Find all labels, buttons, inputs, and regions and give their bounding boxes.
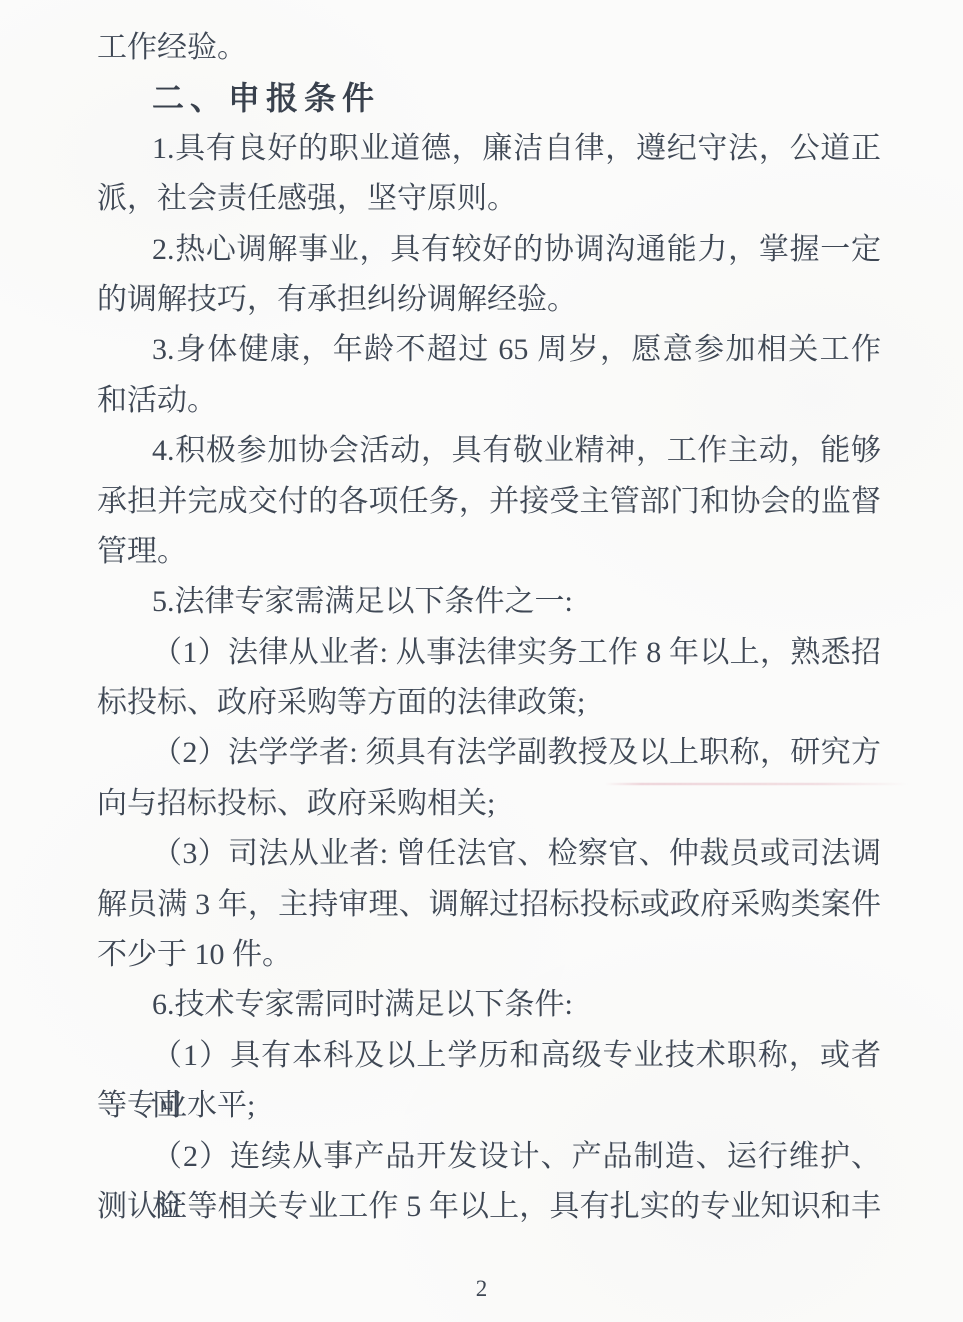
text-line: 5.法律专家需满足以下条件之一:: [97, 577, 881, 627]
scanned-document-page: { "page": { "number": "2", "background":…: [0, 0, 963, 1322]
text-line: 派，社会责任感强，坚守原则。: [97, 174, 881, 224]
text-line: 2.热心调解事业，具有较好的协调沟通能力，掌握一定: [97, 225, 881, 275]
scan-artifact-line: [605, 783, 908, 785]
text-line: 和活动。: [97, 376, 881, 426]
text-line: 的调解技巧，有承担纠纷调解经验。: [97, 275, 881, 325]
text-line: （1）法律从业者: 从事法律实务工作 8 年以上，熟悉招: [97, 628, 881, 678]
text-line: 等专业水平;: [97, 1081, 881, 1131]
text-line: 不少于 10 件。: [97, 930, 881, 980]
text-line: 标投标、政府采购等方面的法律政策;: [97, 678, 881, 728]
text-line: 1.具有良好的职业道德，廉洁自律，遵纪守法，公道正: [97, 124, 881, 174]
text-line: 向与招标投标、政府采购相关;: [97, 779, 881, 829]
text-line: 测认证等相关专业工作 5 年以上，具有扎实的专业知识和丰: [97, 1182, 881, 1232]
document-lines: 工作经验。二、申报条件1.具有良好的职业道德，廉洁自律，遵纪守法，公道正派，社会…: [97, 23, 881, 1232]
page-number: 2: [0, 1276, 963, 1302]
text-line: 承担并完成交付的各项任务，并接受主管部门和协会的监督: [97, 477, 881, 527]
text-line: 工作经验。: [97, 23, 881, 73]
text-line: （2）连续从事产品开发设计、产品制造、运行维护、检: [97, 1132, 881, 1182]
text-line: （1）具有本科及以上学历和高级专业技术职称，或者同: [97, 1031, 881, 1081]
text-line: 3.身体健康，年龄不超过 65 周岁，愿意参加相关工作: [97, 325, 881, 375]
text-line: 4.积极参加协会活动，具有敬业精神，工作主动，能够: [97, 426, 881, 476]
text-line: （2）法学学者: 须具有法学副教授及以上职称，研究方: [97, 728, 881, 778]
text-line: 管理。: [97, 527, 881, 577]
document-text-block: 工作经验。二、申报条件1.具有良好的职业道德，廉洁自律，遵纪守法，公道正派，社会…: [97, 23, 881, 1232]
text-line: 解员满 3 年，主持审理、调解过招标投标或政府采购类案件: [97, 880, 881, 930]
text-line: （3）司法从业者: 曾任法官、检察官、仲裁员或司法调: [97, 829, 881, 879]
text-line: 6.技术专家需同时满足以下条件:: [97, 980, 881, 1030]
text-line: 二、申报条件: [97, 73, 881, 123]
